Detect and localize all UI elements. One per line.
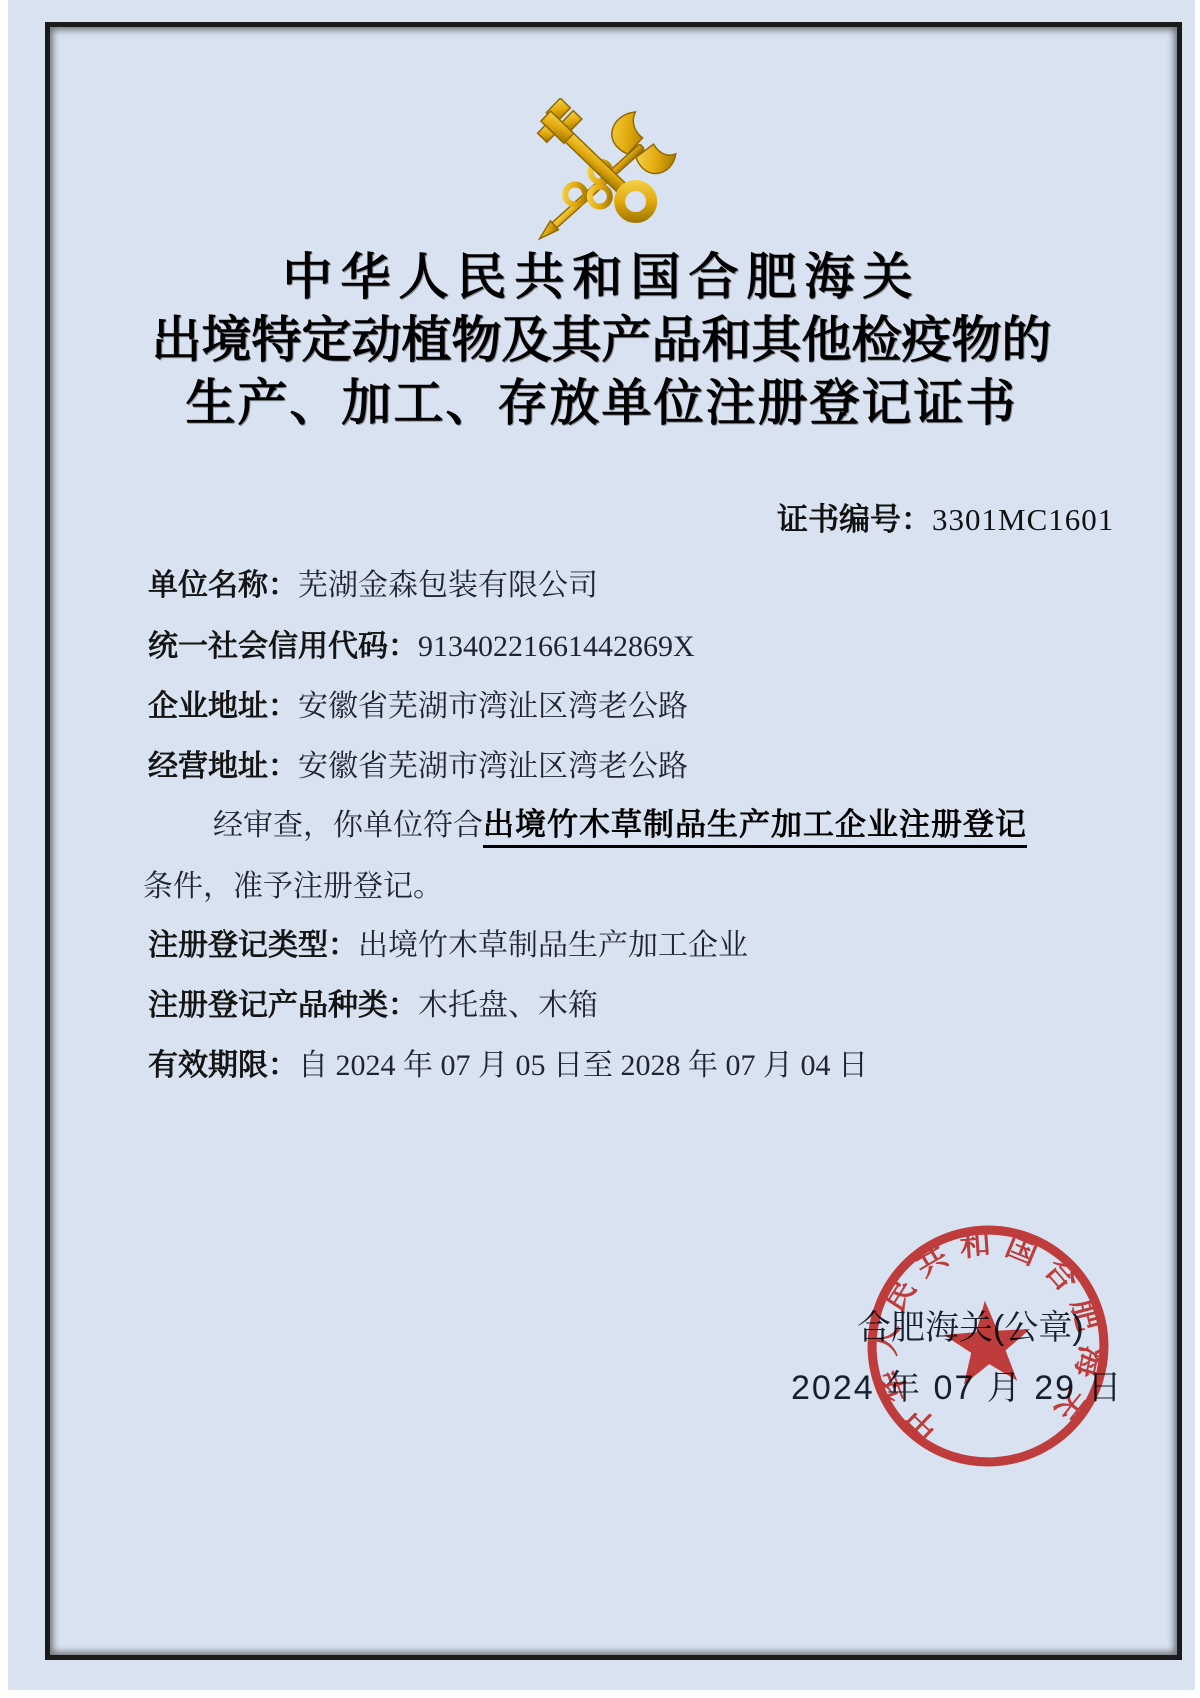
field-row-validity-period: 有效期限：自 2024 年 07 月 05 日至 2028 年 07 月 04 … [148, 1040, 868, 1084]
field-value: 木托盘、木箱 [418, 989, 598, 1022]
field-value: 91340221661442869X [418, 630, 695, 663]
field-row-registration-type: 注册登记类型：出境竹木草制品生产加工企业 [148, 920, 748, 964]
certificate-page: 中华人民共和国合肥海关 出境特定动植物及其产品和其他检疫物的 生产、加工、存放单… [8, 0, 1195, 1690]
certificate-number-label: 证书编号： [777, 502, 932, 537]
field-value: 出境竹木草制品生产加工企业 [358, 929, 748, 962]
certificate-number-value: 3301MC1601 [932, 502, 1114, 537]
title-line-3: 生产、加工、存放单位注册登记证书 [8, 372, 1195, 435]
approval-prefix: 经审查，你单位符合 [213, 809, 483, 842]
field-label: 单位名称： [148, 569, 298, 602]
field-row-credit-code: 统一社会信用代码：91340221661442869X [148, 621, 695, 665]
field-label: 注册登记类型： [148, 929, 358, 962]
certificate-title: 中华人民共和国合肥海关 出境特定动植物及其产品和其他检疫物的 生产、加工、存放单… [8, 246, 1195, 435]
approval-paragraph-line-2: 条件，准予注册登记。 [143, 861, 443, 905]
field-row-business-address: 经营地址：安徽省芜湖市湾沚区湾老公路 [148, 741, 688, 785]
title-line-1: 中华人民共和国合肥海关 [8, 246, 1195, 309]
field-label: 统一社会信用代码： [148, 630, 418, 663]
field-value: 安徽省芜湖市湾沚区湾老公路 [298, 690, 688, 723]
field-value: 芜湖金森包装有限公司 [298, 569, 598, 602]
certificate-number: 证书编号：3301MC1601 [777, 494, 1114, 539]
field-value: 安徽省芜湖市湾沚区湾老公路 [298, 750, 688, 783]
field-value: 自 2024 年 07 月 05 日至 2028 年 07 月 04 日 [298, 1049, 868, 1082]
approval-paragraph-line-1: 经审查，你单位符合出境竹木草制品生产加工企业注册登记 [213, 799, 1027, 844]
approval-underlined-phrase: 出境竹木草制品生产加工企业注册登记 [483, 807, 1027, 848]
field-label: 有效期限： [148, 1049, 298, 1082]
field-row-company-name: 单位名称：芜湖金森包装有限公司 [148, 560, 598, 604]
seal-star [942, 1298, 1034, 1386]
approval-suffix: 条件，准予注册登记。 [143, 870, 443, 903]
field-row-product-category: 注册登记产品种类：木托盘、木箱 [148, 980, 598, 1024]
customs-emblem-icon [525, 98, 695, 258]
field-row-enterprise-address: 企业地址：安徽省芜湖市湾沚区湾老公路 [148, 681, 688, 725]
field-label: 企业地址： [148, 690, 298, 723]
field-label: 注册登记产品种类： [148, 989, 418, 1022]
field-label: 经营地址： [148, 750, 298, 783]
official-seal: 中华人民共和国合肥海关 [854, 1212, 1123, 1481]
title-line-2: 出境特定动植物及其产品和其他检疫物的 [8, 309, 1195, 372]
